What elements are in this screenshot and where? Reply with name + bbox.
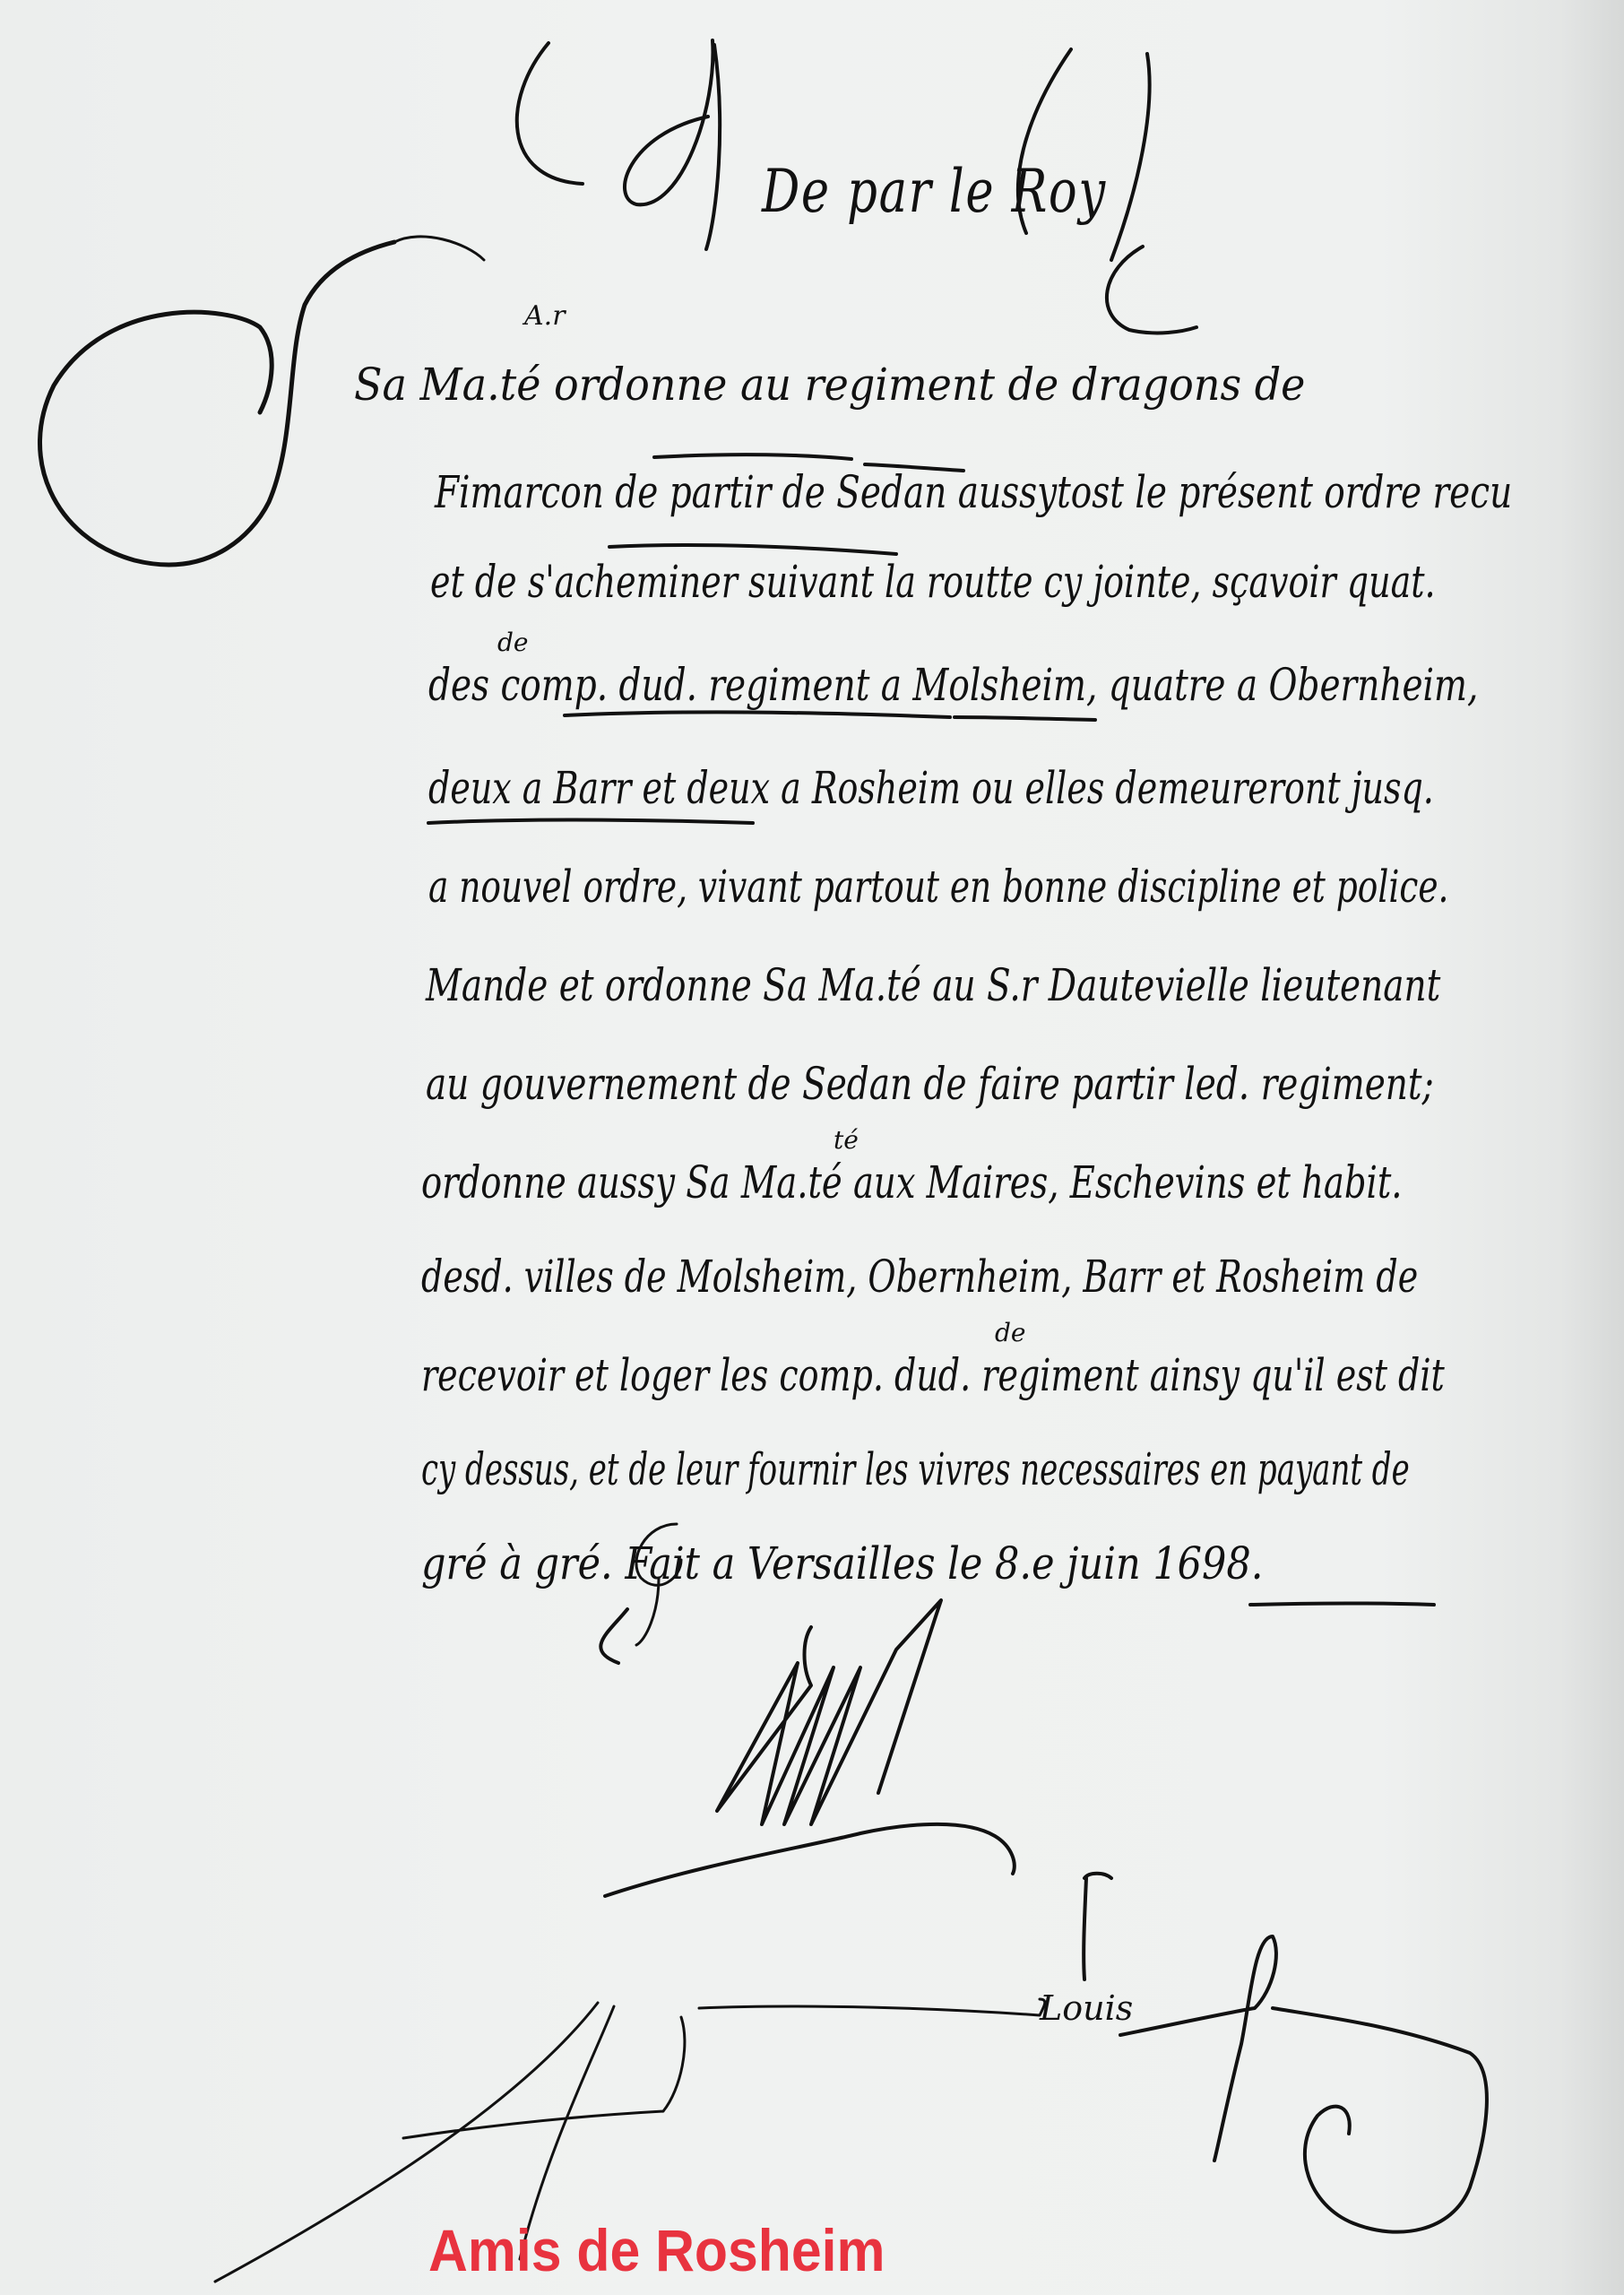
heading-bracket-right (1018, 49, 1150, 260)
interlinear-note-1: de (497, 628, 529, 657)
heading-flourish-D (625, 40, 720, 249)
document-heading: De par le Roy (762, 157, 1107, 226)
paraphe-swash (605, 1824, 1015, 1896)
text-line-9: ordonne aussy Sa Ma.té aux Maires, Esche… (421, 1156, 1403, 1208)
text-line-3: et de s'acheminer suivant la routte cy j… (430, 556, 1436, 608)
text-line-7: Mande et ordonne Sa Ma.té au S.r Dautevi… (426, 959, 1440, 1011)
initial-S-stem (394, 237, 484, 260)
manuscript-page: De par le Roy A.r Sa Ma.té ordonne au re… (0, 0, 1624, 2295)
text-line-8: au gouvernement de Sedan de faire partir… (426, 1058, 1434, 1110)
calligraphy-strokes (0, 0, 1624, 2295)
text-line-13-date: gré à gré. Fait a Versailles le 8.e juin… (421, 1537, 1263, 1589)
paraphe-zigzag (600, 1600, 941, 1824)
signature-louis-label: Louis (1040, 1988, 1133, 2028)
text-line-1: Sa Ma.té ordonne au regiment de dragons … (354, 359, 1305, 411)
initial-superscript: A.r (524, 300, 566, 332)
text-line-4: des comp. dud. regiment a Molsheim, quat… (428, 659, 1478, 711)
watermark-amis-de-rosheim: Amis de Rosheim (428, 2216, 885, 2284)
louis-paraphe-right (1120, 1936, 1487, 2232)
underline-l5 (428, 820, 753, 823)
heading-lower-flourish (1107, 247, 1196, 333)
initial-S (39, 242, 394, 565)
text-line-10: desd. villes de Molsheim, Obernheim, Bar… (421, 1251, 1418, 1303)
text-line-5: deux a Barr et deux a Rosheim ou elles d… (428, 762, 1434, 814)
text-line-11: recevoir et loger les comp. dud. regimen… (421, 1349, 1445, 1401)
underline-l4 (565, 712, 1095, 720)
louis-bracket (1084, 1874, 1111, 1979)
interlinear-note-2: de (995, 1318, 1026, 1347)
louis-baseline (699, 1999, 1045, 2015)
underline-date (1250, 1604, 1434, 1606)
heading-bracket-left (517, 43, 583, 184)
underline-l2 (609, 545, 896, 554)
interlinear-note-3: té (834, 1125, 859, 1155)
text-line-6: a nouvel ordre, vivant partout en bonne … (428, 861, 1448, 913)
text-line-12: cy dessus, et de leur fournir les vivres… (421, 1443, 1410, 1495)
text-line-2: Fimarcon de partir de Sedan aussytost le… (435, 466, 1512, 518)
